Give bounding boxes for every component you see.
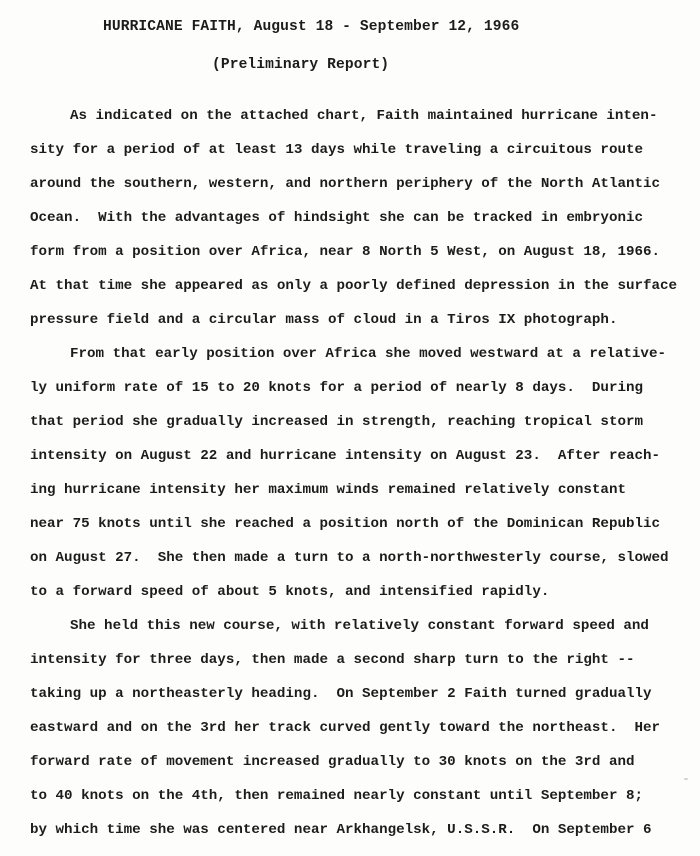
text-line: Ocean. With the advantages of hindsight … <box>30 210 700 244</box>
document-title: HURRICANE FAITH, August 18 - September 1… <box>103 16 700 38</box>
document-page: HURRICANE FAITH, August 18 - September 1… <box>0 0 700 856</box>
text-line: to a forward speed of about 5 knots, and… <box>30 584 700 618</box>
text-line: form from a position over Africa, near 8… <box>30 244 700 278</box>
text-line: taking up a northeasterly heading. On Se… <box>30 686 700 720</box>
text-line: eastward and on the 3rd her track curved… <box>30 720 700 754</box>
scan-speck <box>29 185 32 187</box>
paragraph-1: As indicated on the attached chart, Fait… <box>30 108 700 346</box>
text-line: on August 27. She then made a turn to a … <box>30 550 700 584</box>
text-line: pressure field and a circular mass of cl… <box>30 312 700 346</box>
text-line: ing hurricane intensity her maximum wind… <box>30 482 700 516</box>
text-line: At that time she appeared as only a poor… <box>30 278 700 312</box>
text-line: near 75 knots until she reached a positi… <box>30 516 700 550</box>
text-line: intensity for three days, then made a se… <box>30 652 700 686</box>
text-line: by which time she was centered near Arkh… <box>30 822 700 856</box>
paragraph-2: From that early position over Africa she… <box>30 346 700 618</box>
text-line: sity for a period of at least 13 days wh… <box>30 142 700 176</box>
text-line: around the southern, western, and northe… <box>30 176 700 210</box>
text-line: From that early position over Africa she… <box>30 346 700 380</box>
document-subtitle: (Preliminary Report) <box>212 54 700 76</box>
paragraph-3: She held this new course, with relativel… <box>30 618 700 856</box>
text-line: intensity on August 22 and hurricane int… <box>30 448 700 482</box>
text-line: She held this new course, with relativel… <box>30 618 700 652</box>
document-body: As indicated on the attached chart, Fait… <box>30 108 700 856</box>
text-line: that period she gradually increased in s… <box>30 414 700 448</box>
text-line: to 40 knots on the 4th, then remained ne… <box>30 788 700 822</box>
text-line: As indicated on the attached chart, Fait… <box>30 108 700 142</box>
text-line: ly uniform rate of 15 to 20 knots for a … <box>30 380 700 414</box>
scan-speck <box>684 778 688 780</box>
text-line: forward rate of movement increased gradu… <box>30 754 700 788</box>
